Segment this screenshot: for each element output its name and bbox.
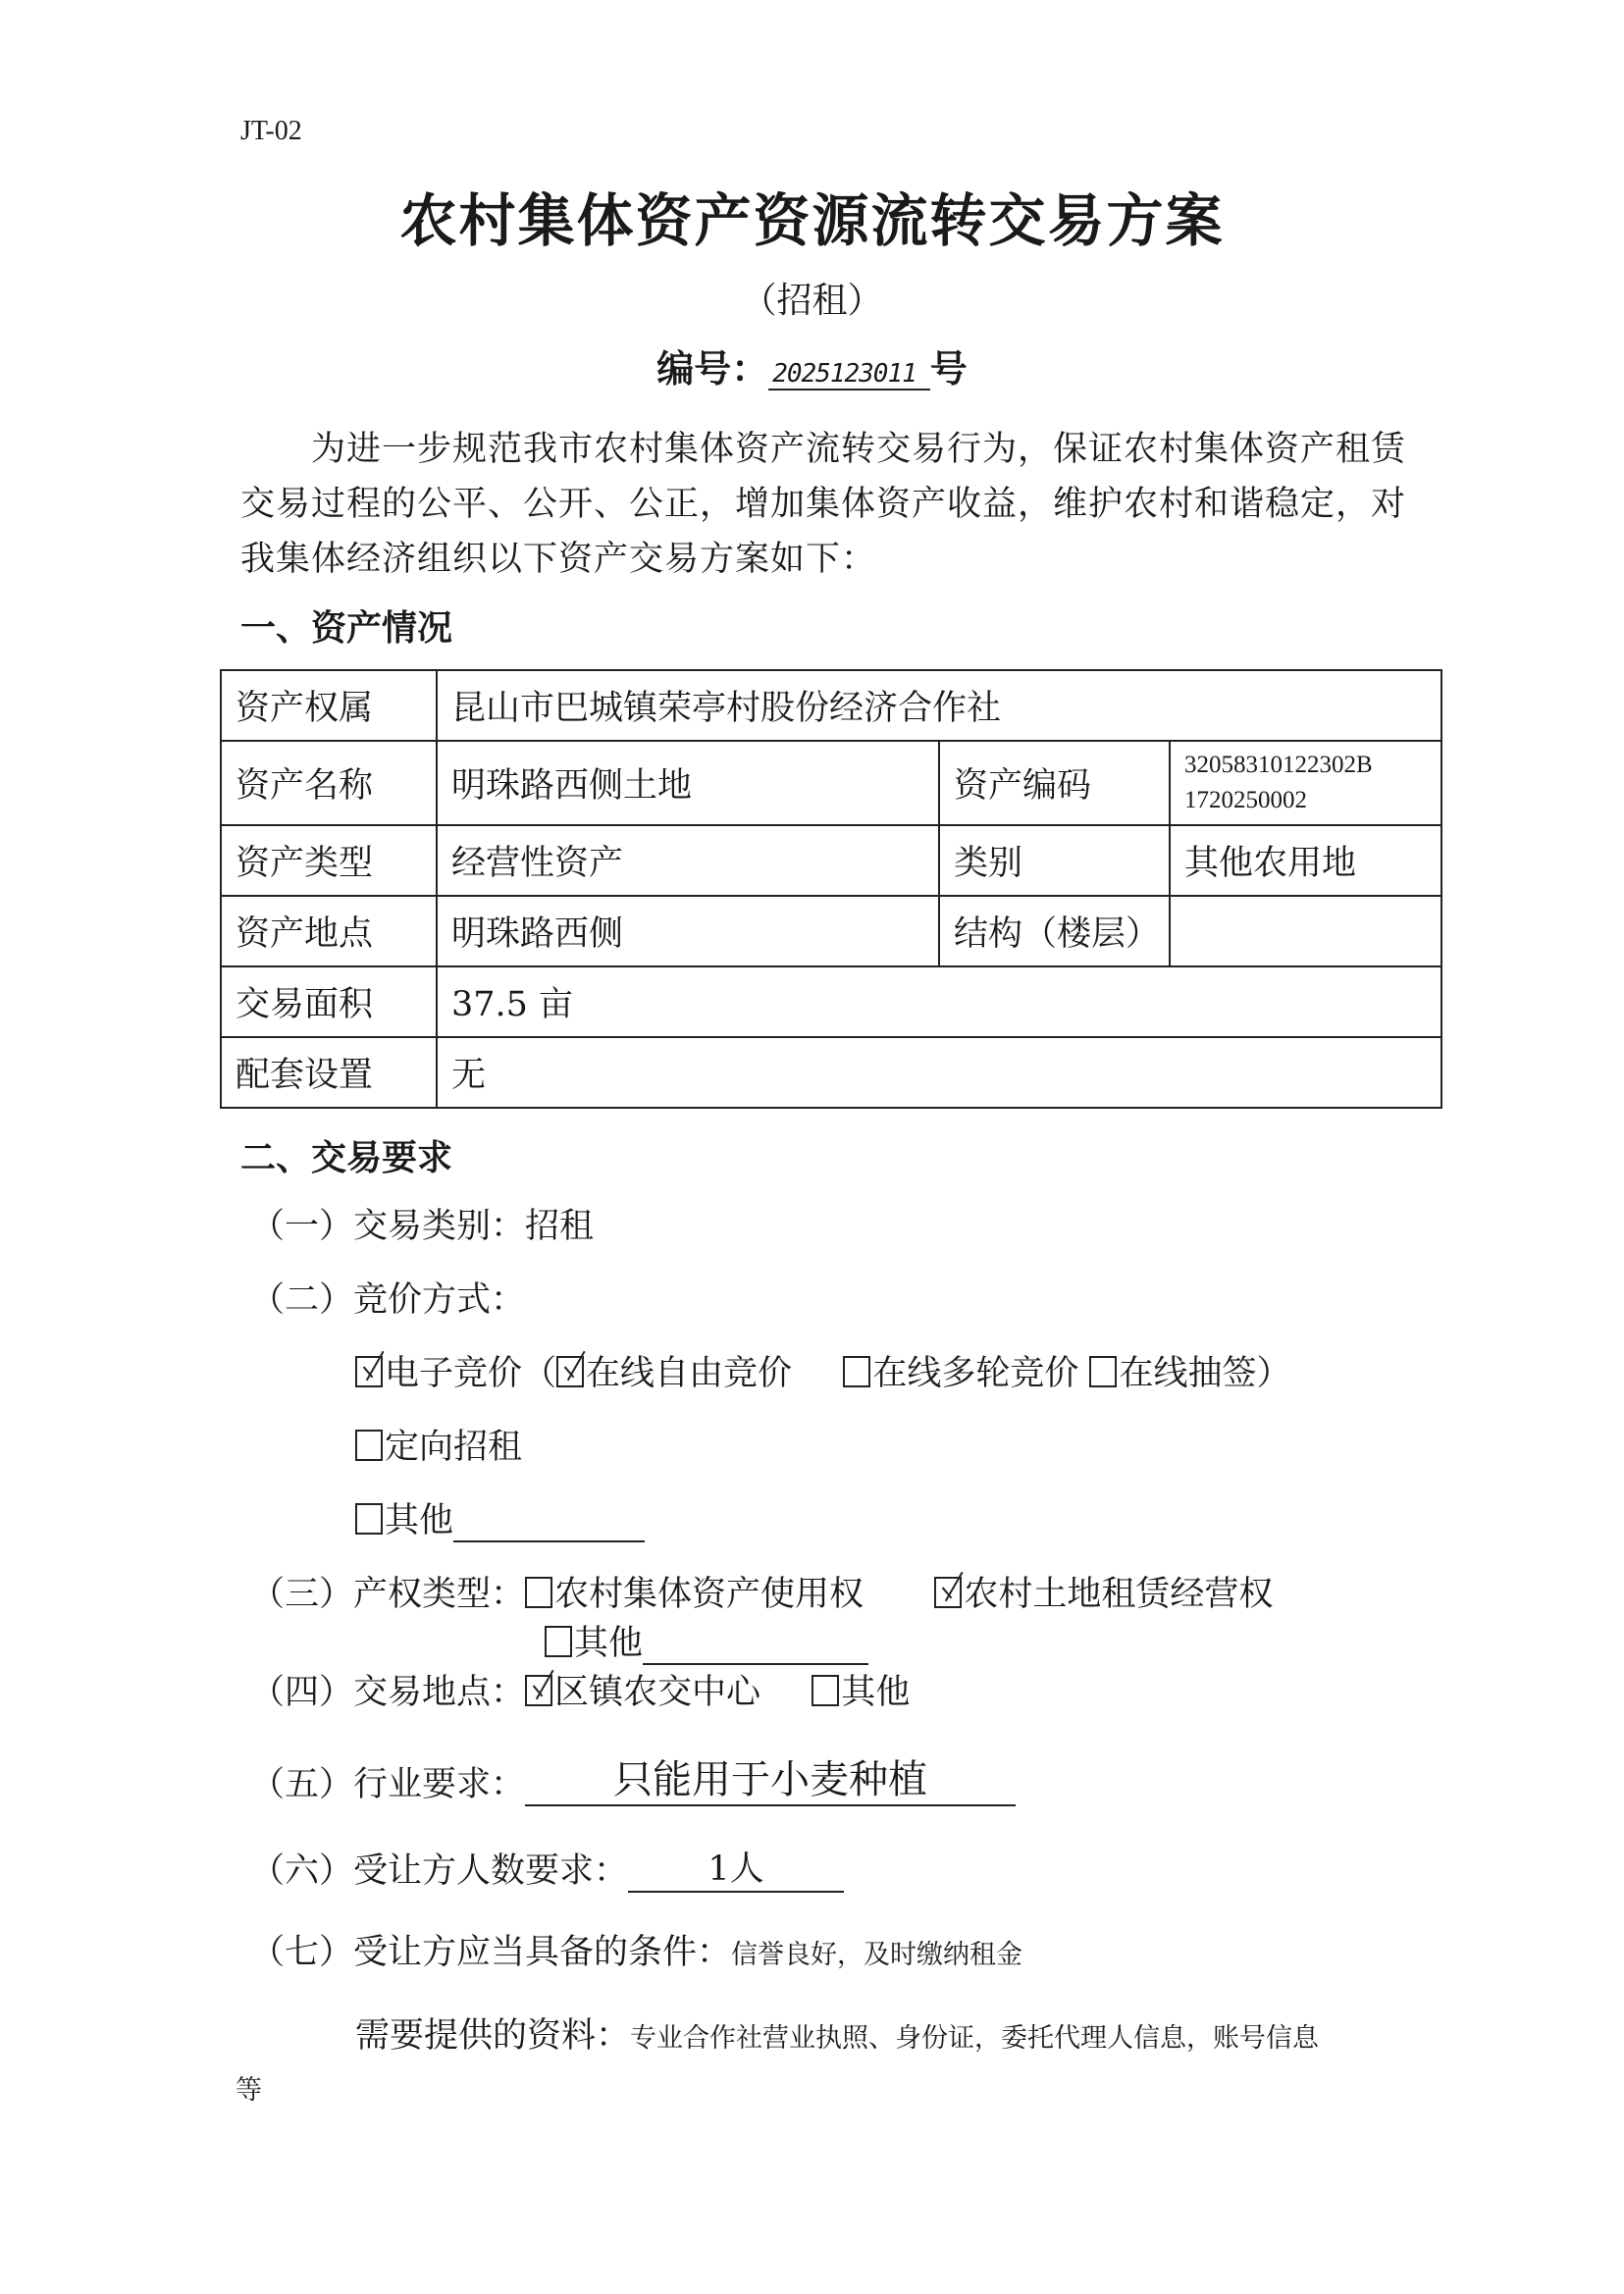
asset-code-line2: 1720250002 bbox=[1184, 783, 1427, 818]
transferee-count-value: 1人 bbox=[628, 1842, 844, 1893]
table-row: 资产权属 昆山市巴城镇荣亭村股份经济合作社 bbox=[221, 670, 1441, 741]
exchange-center-checkbox[interactable] bbox=[525, 1675, 552, 1706]
facilities-value: 无 bbox=[437, 1037, 1441, 1108]
property-other-label: 其他 bbox=[574, 1624, 643, 1663]
table-row: 资产地点 明珠路西侧 结构（楼层） bbox=[221, 896, 1441, 966]
number-suffix: 号 bbox=[930, 347, 968, 391]
document-code: JT-02 bbox=[240, 116, 302, 147]
free-bid-label: 在线自由竞价 bbox=[586, 1354, 792, 1393]
trade-type-line: （一）交易类别：招租 bbox=[250, 1199, 594, 1248]
conditions-line: （七）受让方应当具备的条件：信誉良好，及时缴纳租金 bbox=[250, 1925, 1022, 1974]
property-type-line: （三）产权类型：农村集体资产使用权 农村土地租赁经营权 bbox=[250, 1567, 1273, 1616]
location-other-label: 其他 bbox=[841, 1673, 910, 1712]
location-label: 资产地点 bbox=[221, 896, 437, 966]
materials-line: 需要提供的资料：专业合作社营业执照、身份证，委托代理人信息，账号信息 bbox=[355, 2008, 1319, 2058]
bid-other-line: 其他 bbox=[355, 1493, 645, 1542]
table-row: 资产名称 明珠路西侧土地 资产编码 32058310122302B1720250… bbox=[221, 741, 1441, 825]
section1-heading: 一、资产情况 bbox=[240, 600, 452, 651]
structure-label: 结构（楼层） bbox=[939, 896, 1170, 966]
area-label: 交易面积 bbox=[221, 966, 437, 1037]
table-row: 交易面积 37.5 亩 bbox=[221, 966, 1441, 1037]
location-other-checkbox[interactable] bbox=[812, 1675, 839, 1706]
directed-lease-label: 定向招租 bbox=[385, 1428, 522, 1467]
transferee-count-line: （六）受让方人数要求：1人 bbox=[250, 1842, 844, 1893]
asset-table: 资产权属 昆山市巴城镇荣亭村股份经济合作社 资产名称 明珠路西侧土地 资产编码 … bbox=[220, 669, 1442, 1109]
structure-value bbox=[1170, 896, 1441, 966]
electronic-bid-checkbox[interactable] bbox=[355, 1356, 383, 1387]
area-value: 37.5 亩 bbox=[437, 966, 1441, 1037]
bid-other-blank[interactable] bbox=[453, 1505, 645, 1542]
conditions-value: 信誉良好，及时缴纳租金 bbox=[731, 1940, 1022, 1970]
trade-type-label: （一）交易类别： bbox=[250, 1207, 525, 1246]
exchange-center-label: 区镇农交中心 bbox=[554, 1673, 760, 1712]
transferee-count-label: （六）受让方人数要求： bbox=[250, 1851, 628, 1891]
bid-other-checkbox[interactable] bbox=[355, 1503, 383, 1535]
conditions-label: （七）受让方应当具备的条件： bbox=[250, 1933, 731, 1972]
industry-requirement-value: 只能用于小麦种植 bbox=[525, 1748, 1016, 1806]
number-value: 2025123011 bbox=[768, 359, 930, 391]
industry-requirement-label: （五）行业要求： bbox=[250, 1765, 525, 1804]
category-label: 类别 bbox=[939, 825, 1170, 896]
asset-code-label: 资产编码 bbox=[939, 741, 1170, 825]
directed-line: 定向招租 bbox=[355, 1420, 522, 1469]
materials-value: 专业合作社营业执照、身份证，委托代理人信息，账号信息 bbox=[630, 2023, 1319, 2054]
type-value: 经营性资产 bbox=[437, 825, 939, 896]
document-number: 编号：2025123011号 bbox=[0, 339, 1624, 392]
multi-round-label: 在线多轮竞价 bbox=[872, 1354, 1078, 1393]
materials-continuation: 等 bbox=[236, 2068, 262, 2107]
bidding-options-line: 电子竞价（在线自由竞价 在线多轮竞价 在线抽签） bbox=[355, 1346, 1290, 1395]
name-value: 明珠路西侧土地 bbox=[437, 741, 939, 825]
owner-value: 昆山市巴城镇荣亭村股份经济合作社 bbox=[437, 670, 1441, 741]
bid-other-label: 其他 bbox=[385, 1501, 453, 1540]
category-value: 其他农用地 bbox=[1170, 825, 1441, 896]
land-lease-right-checkbox[interactable] bbox=[934, 1577, 962, 1608]
document-title: 农村集体资产资源流转交易方案 bbox=[0, 175, 1624, 257]
materials-label: 需要提供的资料： bbox=[355, 2016, 630, 2056]
property-type-label: （三）产权类型： bbox=[250, 1575, 525, 1614]
intro-paragraph: 为进一步规范我市农村集体资产流转交易行为，保证农村集体资产租赁交易过程的公平、公… bbox=[240, 422, 1418, 587]
trade-type-value: 招租 bbox=[525, 1207, 594, 1246]
property-other-checkbox[interactable] bbox=[545, 1626, 572, 1657]
directed-lease-checkbox[interactable] bbox=[355, 1430, 383, 1461]
document-subtitle: （招租） bbox=[0, 273, 1624, 323]
collective-use-right-label: 农村集体资产使用权 bbox=[554, 1575, 864, 1614]
number-label: 编号： bbox=[656, 347, 768, 391]
section2-heading: 二、交易要求 bbox=[240, 1130, 452, 1180]
free-bid-checkbox[interactable] bbox=[556, 1356, 584, 1387]
lottery-checkbox[interactable] bbox=[1089, 1356, 1117, 1387]
table-row: 资产类型 经营性资产 类别 其他农用地 bbox=[221, 825, 1441, 896]
trade-location-label: （四）交易地点： bbox=[250, 1673, 525, 1712]
type-label: 资产类型 bbox=[221, 825, 437, 896]
property-other-blank[interactable] bbox=[643, 1628, 868, 1665]
asset-code-line1: 32058310122302B bbox=[1184, 748, 1427, 783]
land-lease-right-label: 农村土地租赁经营权 bbox=[964, 1575, 1273, 1614]
collective-use-right-checkbox[interactable] bbox=[525, 1577, 552, 1608]
trade-location-line: （四）交易地点：区镇农交中心 其他 bbox=[250, 1665, 910, 1714]
electronic-bid-label: 电子竞价（ bbox=[385, 1354, 556, 1393]
asset-code-value: 32058310122302B1720250002 bbox=[1170, 741, 1441, 825]
industry-requirement-line: （五）行业要求：只能用于小麦种植 bbox=[250, 1748, 1016, 1806]
name-label: 资产名称 bbox=[221, 741, 437, 825]
property-other-line: 其他 bbox=[545, 1616, 868, 1665]
lottery-label: 在线抽签） bbox=[1119, 1354, 1290, 1393]
multi-round-checkbox[interactable] bbox=[843, 1356, 870, 1387]
bidding-method-label: （二）竞价方式： bbox=[250, 1273, 525, 1322]
facilities-label: 配套设置 bbox=[221, 1037, 437, 1108]
owner-label: 资产权属 bbox=[221, 670, 437, 741]
location-value: 明珠路西侧 bbox=[437, 896, 939, 966]
table-row: 配套设置 无 bbox=[221, 1037, 1441, 1108]
